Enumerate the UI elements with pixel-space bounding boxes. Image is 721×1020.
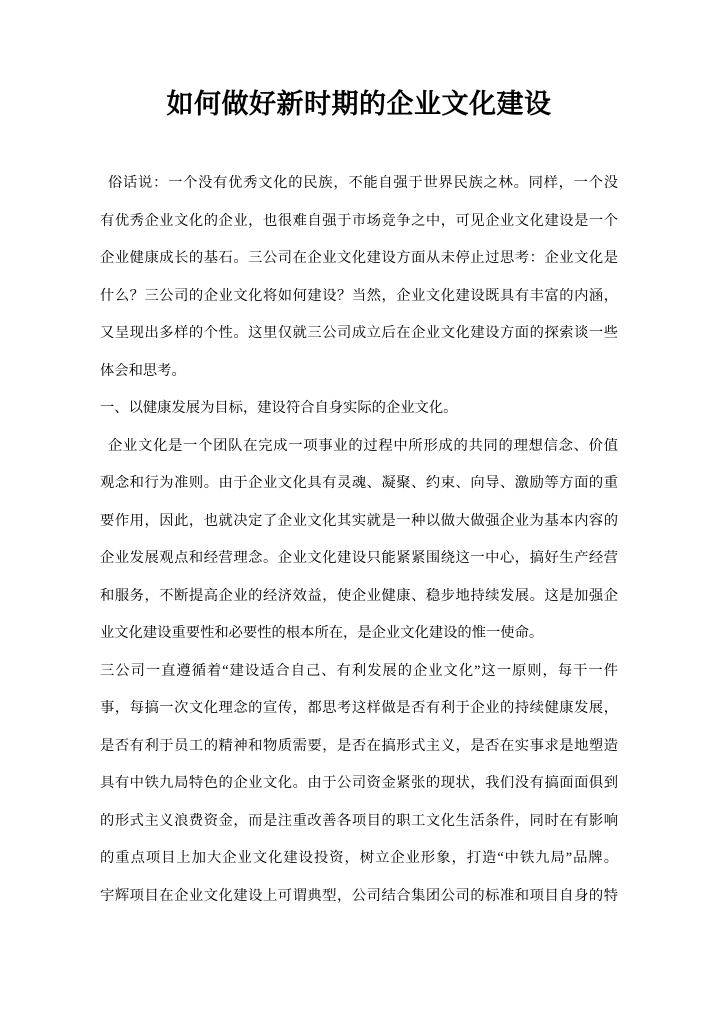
text-line: 体会和思考。 [100,353,618,391]
text-line: 有优秀企业文化的企业，也很难自强于市场竞争之中，可见企业文化建设是一个 [100,203,618,241]
text-line: 事，每搞一次文化理念的宣传，都思考这样做是否有利于企业的持续健康发展， [100,690,618,728]
text-line: 观念和行为准则。由于企业文化具有灵魂、凝聚、约束、向导、激励等方面的重 [100,465,618,503]
text-line: 什么？三公司的企业文化将如何建设？当然，企业文化建设既具有丰富的内涵， [100,278,618,316]
document-title: 如何做好新时期的企业文化建设 [100,88,618,120]
text-line: 俗话说：一个没有优秀文化的民族，不能自强于世界民族之林。同样，一个没 [100,165,618,203]
text-line: 企业发展观点和经营理念。企业文化建设只能紧紧围绕这一中心，搞好生产经营 [100,540,618,578]
text-line: 要作用，因此，也就决定了企业文化其实就是一种以做大做强企业为基本内容的 [100,503,618,541]
text-line: 宇辉项目在企业文化建设上可谓典型，公司结合集团公司的标准和项目自身的特 [100,878,618,916]
document-body: 俗话说：一个没有优秀文化的民族，不能自强于世界民族之林。同样，一个没有优秀企业文… [100,165,618,915]
document-content: 如何做好新时期的企业文化建设 俗话说：一个没有优秀文化的民族，不能自强于世界民族… [100,88,618,915]
document-page: 如何做好新时期的企业文化建设 俗话说：一个没有优秀文化的民族，不能自强于世界民族… [0,0,721,1020]
section-heading: 一、以健康发展为目标，建设符合自身实际的企业文化。 [100,390,618,428]
text-line: 和服务，不断提高企业的经济效益，使企业健康、稳步地持续发展。这是加强企 [100,578,618,616]
text-line: 企业健康成长的基石。三公司在企业文化建设方面从未停止过思考：企业文化是 [100,240,618,278]
text-line: 是否有利于员工的精神和物质需要，是否在搞形式主义，是否在实事求是地塑造 [100,728,618,766]
text-line: 企业文化是一个团队在完成一项事业的过程中所形成的共同的理想信念、价值 [100,428,618,466]
text-line: 具有中铁九局特色的企业文化。由于公司资金紧张的现状，我们没有搞面面俱到 [100,765,618,803]
text-line: 又呈现出多样的个性。这里仅就三公司成立后在企业文化建设方面的探索谈一些 [100,315,618,353]
text-line: 三公司一直遵循着“建设适合自己、有利发展的企业文化”这一原则，每干一件 [100,653,618,691]
text-line: 的重点项目上加大企业文化建设投资，树立企业形象，打造“中铁九局”品牌。 [100,840,618,878]
text-line: 的形式主义浪费资金，而是注重改善各项目的职工文化生活条件，同时在有影响 [100,803,618,841]
text-line: 业文化建设重要性和必要性的根本所在，是企业文化建设的惟一使命。 [100,615,618,653]
